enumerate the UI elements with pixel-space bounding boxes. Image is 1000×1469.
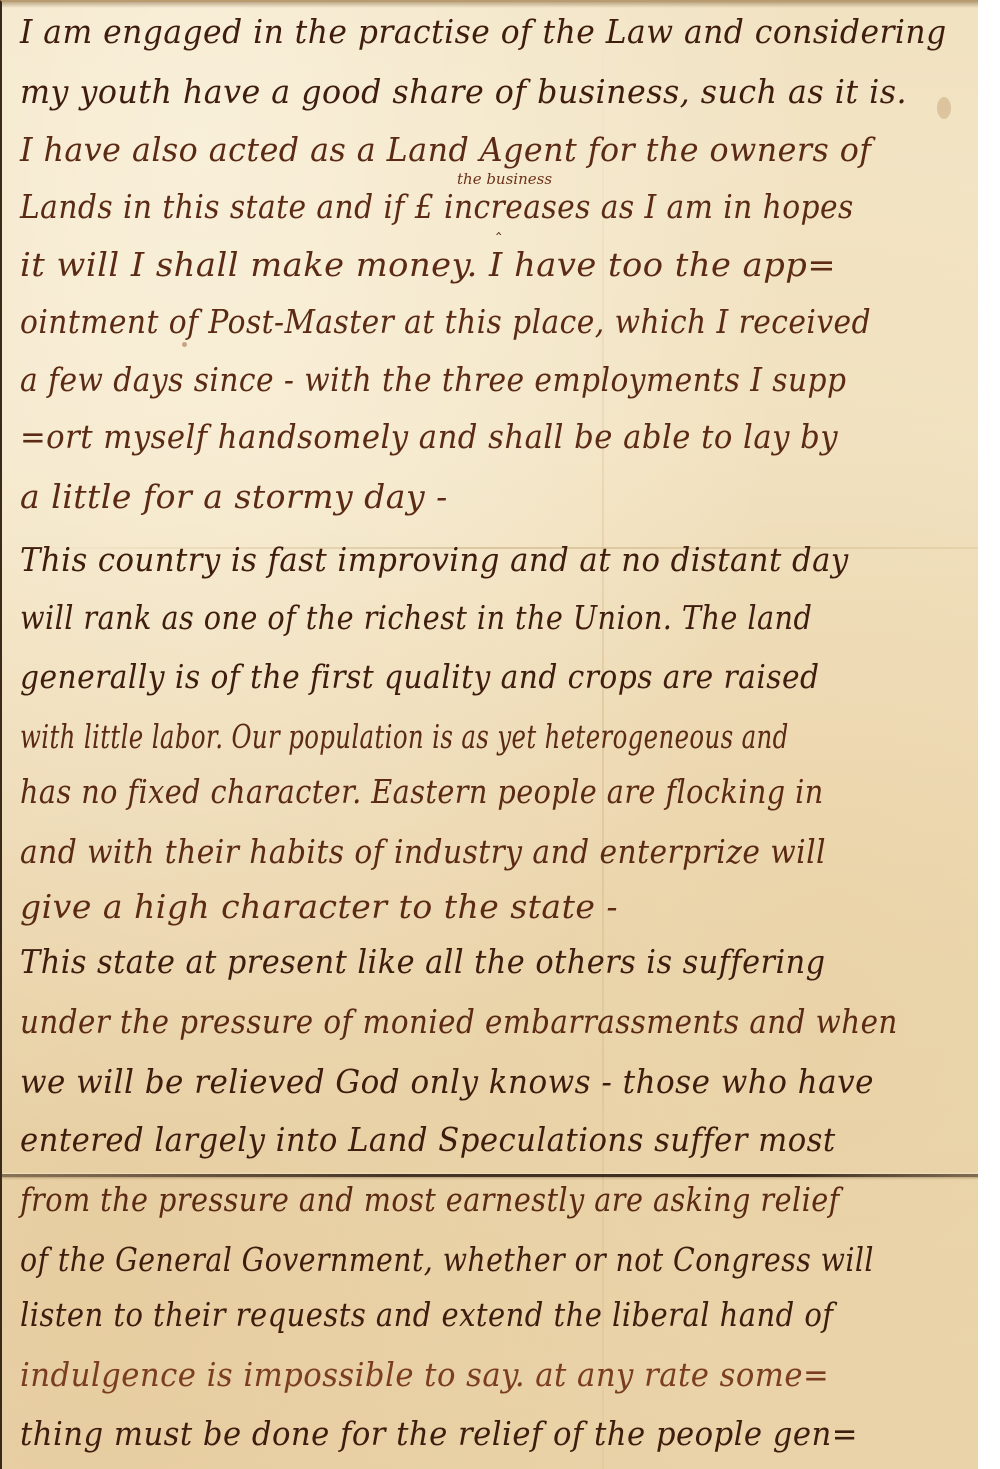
- letter-line: =ort myself handsomely and shall be able…: [20, 417, 838, 456]
- letter-line: under the pressure of monied embarrassme…: [20, 1002, 898, 1041]
- letter-line: we will be relieved God only knows - tho…: [20, 1062, 874, 1101]
- letter-line: has no fixed character. Eastern people a…: [20, 772, 824, 811]
- letter-line: a little for a stormy day -: [20, 477, 448, 516]
- letter-line: thing must be done for the relief of the…: [20, 1414, 858, 1453]
- paper-top-edge: [2, 2, 978, 8]
- letter-page: the business ‸ I am engaged in the pract…: [0, 0, 978, 1469]
- letter-line: This state at present like all the other…: [20, 942, 826, 981]
- letter-line: I have also acted as a Land Agent for th…: [20, 130, 871, 169]
- interlinear-insertion: the business: [457, 170, 552, 188]
- horizontal-fold-crease-lower: [2, 1174, 978, 1177]
- letter-line: a few days since - with the three employ…: [20, 360, 846, 399]
- letter-line: ointment of Post-Master at this place, w…: [20, 302, 871, 341]
- letter-line: my youth have a good share of business, …: [20, 72, 907, 111]
- letter-line: of the General Government, whether or no…: [20, 1240, 874, 1279]
- letter-line: indulgence is impossible to say. at any …: [20, 1355, 829, 1394]
- letter-line: and with their habits of industry and en…: [20, 832, 826, 871]
- letter-line: will rank as one of the richest in the U…: [20, 598, 812, 637]
- paper-stain: [182, 342, 187, 347]
- letter-line: Lands in this state and if £ increases a…: [20, 187, 854, 226]
- paper-stain: [937, 97, 951, 119]
- letter-line: This country is fast improving and at no…: [20, 540, 849, 579]
- letter-line: listen to their requests and extend the …: [20, 1295, 833, 1334]
- letter-line: with little labor. Our population is as …: [20, 717, 789, 756]
- letter-line: generally is of the first quality and cr…: [20, 657, 819, 696]
- letter-line: entered largely into Land Speculations s…: [20, 1120, 836, 1159]
- letter-line: give a high character to the state -: [20, 887, 618, 926]
- scan-margin: [978, 0, 1000, 1469]
- letter-line: I am engaged in the practise of the Law …: [20, 12, 947, 51]
- letter-line: from the pressure and most earnestly are…: [20, 1180, 840, 1219]
- letter-line: it will I shall make money. I have too t…: [20, 245, 836, 284]
